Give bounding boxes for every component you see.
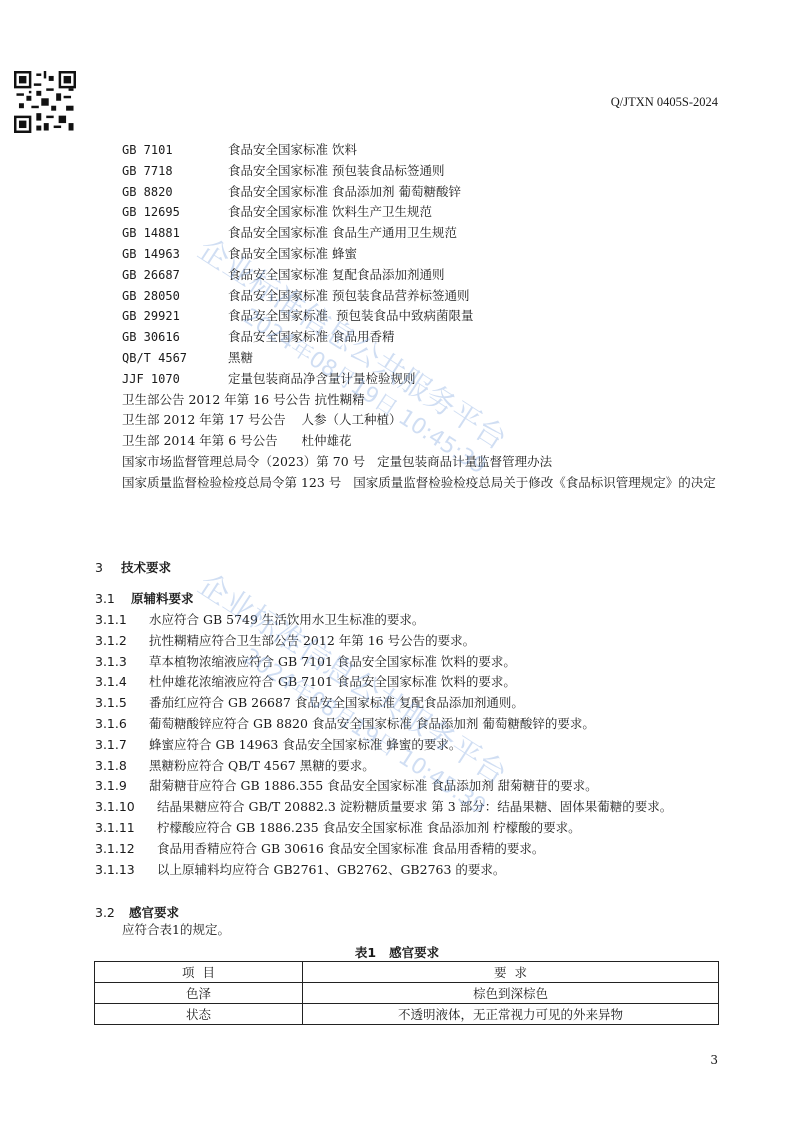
reference-item: 卫生部公告 2012 年第 16 号公告 抗性糊精 <box>122 390 722 411</box>
qr-code-icon <box>14 71 76 133</box>
reference-item: 卫生部 2012 年第 17 号公告 人参（人工种植） <box>122 410 722 431</box>
reference-item: GB 8820食品安全国家标准 食品添加剂 葡萄糖酸锌 <box>122 182 722 203</box>
reference-item: GB 29921食品安全国家标准 预包装食品中致病菌限量 <box>122 306 722 327</box>
reference-item: GB 7718食品安全国家标准 预包装食品标签通则 <box>122 161 722 182</box>
clause-item: 3.1.9甜菊糖苷应符合 GB 1886.355 食品安全国家标准 食品添加剂 … <box>95 776 735 797</box>
reference-item: GB 12695食品安全国家标准 饮料生产卫生规范 <box>122 202 722 223</box>
reference-list: GB 7101食品安全国家标准 饮料 GB 7718食品安全国家标准 预包装食品… <box>122 140 722 494</box>
clause-item: 3.1.4杜仲雄花浓缩液应符合 GB 7101 食品安全国家标准 饮料的要求。 <box>95 672 735 693</box>
page-number: 3 <box>710 1053 718 1067</box>
section-heading: 3技术要求 <box>95 558 171 576</box>
clause-list: 3.1.1水应符合 GB 5749 生活饮用水卫生标准的要求。 3.1.2抗性糊… <box>95 610 735 880</box>
clause-item: 3.1.7蜂蜜应符合 GB 14963 食品安全国家标准 蜂蜜的要求。 <box>95 735 735 756</box>
table-row: 状态 不透明液体，无正常视力可见的外来异物 <box>95 1004 719 1025</box>
reference-item: 国家质量监督检验检疫总局令第 123 号 国家质量监督检验检疫总局关于修改《食品… <box>122 473 722 494</box>
clause-item: 3.1.5番茄红应符合 GB 26687 食品安全国家标准 复配食品添加剂通则。 <box>95 693 735 714</box>
section-paragraph: 应符合表1的规定。 <box>122 920 230 938</box>
clause-item: 3.1.13以上原辅料均应符合 GB2761、GB2762、GB2763 的要求… <box>95 860 735 881</box>
reference-item: GB 7101食品安全国家标准 饮料 <box>122 140 722 161</box>
table-header-row: 项 目 要 求 <box>95 962 719 983</box>
clause-item: 3.1.6葡萄糖酸锌应符合 GB 8820 食品安全国家标准 食品添加剂 葡萄糖… <box>95 714 735 735</box>
reference-item: GB 28050食品安全国家标准 预包装食品营养标签通则 <box>122 286 722 307</box>
reference-item: GB 14963食品安全国家标准 蜂蜜 <box>122 244 722 265</box>
table-cell: 状态 <box>95 1004 303 1025</box>
reference-item: 卫生部 2014 年第 6 号公告 杜仲雄花 <box>122 431 722 452</box>
clause-item: 3.1.3草本植物浓缩液应符合 GB 7101 食品安全国家标准 饮料的要求。 <box>95 652 735 673</box>
sensory-requirements-table: 项 目 要 求 色泽 棕色到深棕色 状态 不透明液体，无正常视力可见的外来异物 <box>94 961 719 1025</box>
table-caption: 表1 感官要求 <box>0 943 794 961</box>
reference-item: 国家市场监督管理总局令（2023）第 70 号 定量包装商品计量监督管理办法 <box>122 452 722 473</box>
reference-item: JJF 1070定量包装商品净含量计量检验规则 <box>122 369 722 390</box>
table-header-cell: 项 目 <box>95 962 303 983</box>
clause-item: 3.1.11柠檬酸应符合 GB 1886.235 食品安全国家标准 食品添加剂 … <box>95 818 735 839</box>
table-row: 色泽 棕色到深棕色 <box>95 983 719 1004</box>
subsection-heading: 3.1原辅料要求 <box>95 589 194 607</box>
table-cell: 不透明液体，无正常视力可见的外来异物 <box>303 1004 719 1025</box>
table-header-cell: 要 求 <box>303 962 719 983</box>
table-cell: 色泽 <box>95 983 303 1004</box>
clause-item: 3.1.2抗性糊精应符合卫生部公告 2012 年第 16 号公告的要求。 <box>95 631 735 652</box>
clause-item: 3.1.12食品用香精应符合 GB 30616 食品安全国家标准 食品用香精的要… <box>95 839 735 860</box>
clause-item: 3.1.1水应符合 GB 5749 生活饮用水卫生标准的要求。 <box>95 610 735 631</box>
clause-item: 3.1.8黑糖粉应符合 QB/T 4567 黑糖的要求。 <box>95 756 735 777</box>
clause-item: 3.1.10结晶果糖应符合 GB/T 20882.3 淀粉糖质量要求 第 3 部… <box>95 797 735 818</box>
reference-item: GB 14881食品安全国家标准 食品生产通用卫生规范 <box>122 223 722 244</box>
reference-item: GB 26687食品安全国家标准 复配食品添加剂通则 <box>122 265 722 286</box>
reference-item: QB/T 4567黑糖 <box>122 348 722 369</box>
table-cell: 棕色到深棕色 <box>303 983 719 1004</box>
reference-item: GB 30616食品安全国家标准 食品用香精 <box>122 327 722 348</box>
subsection-heading: 3.2感官要求 <box>95 903 179 921</box>
document-code: Q/JTXN 0405S-2024 <box>611 95 718 110</box>
